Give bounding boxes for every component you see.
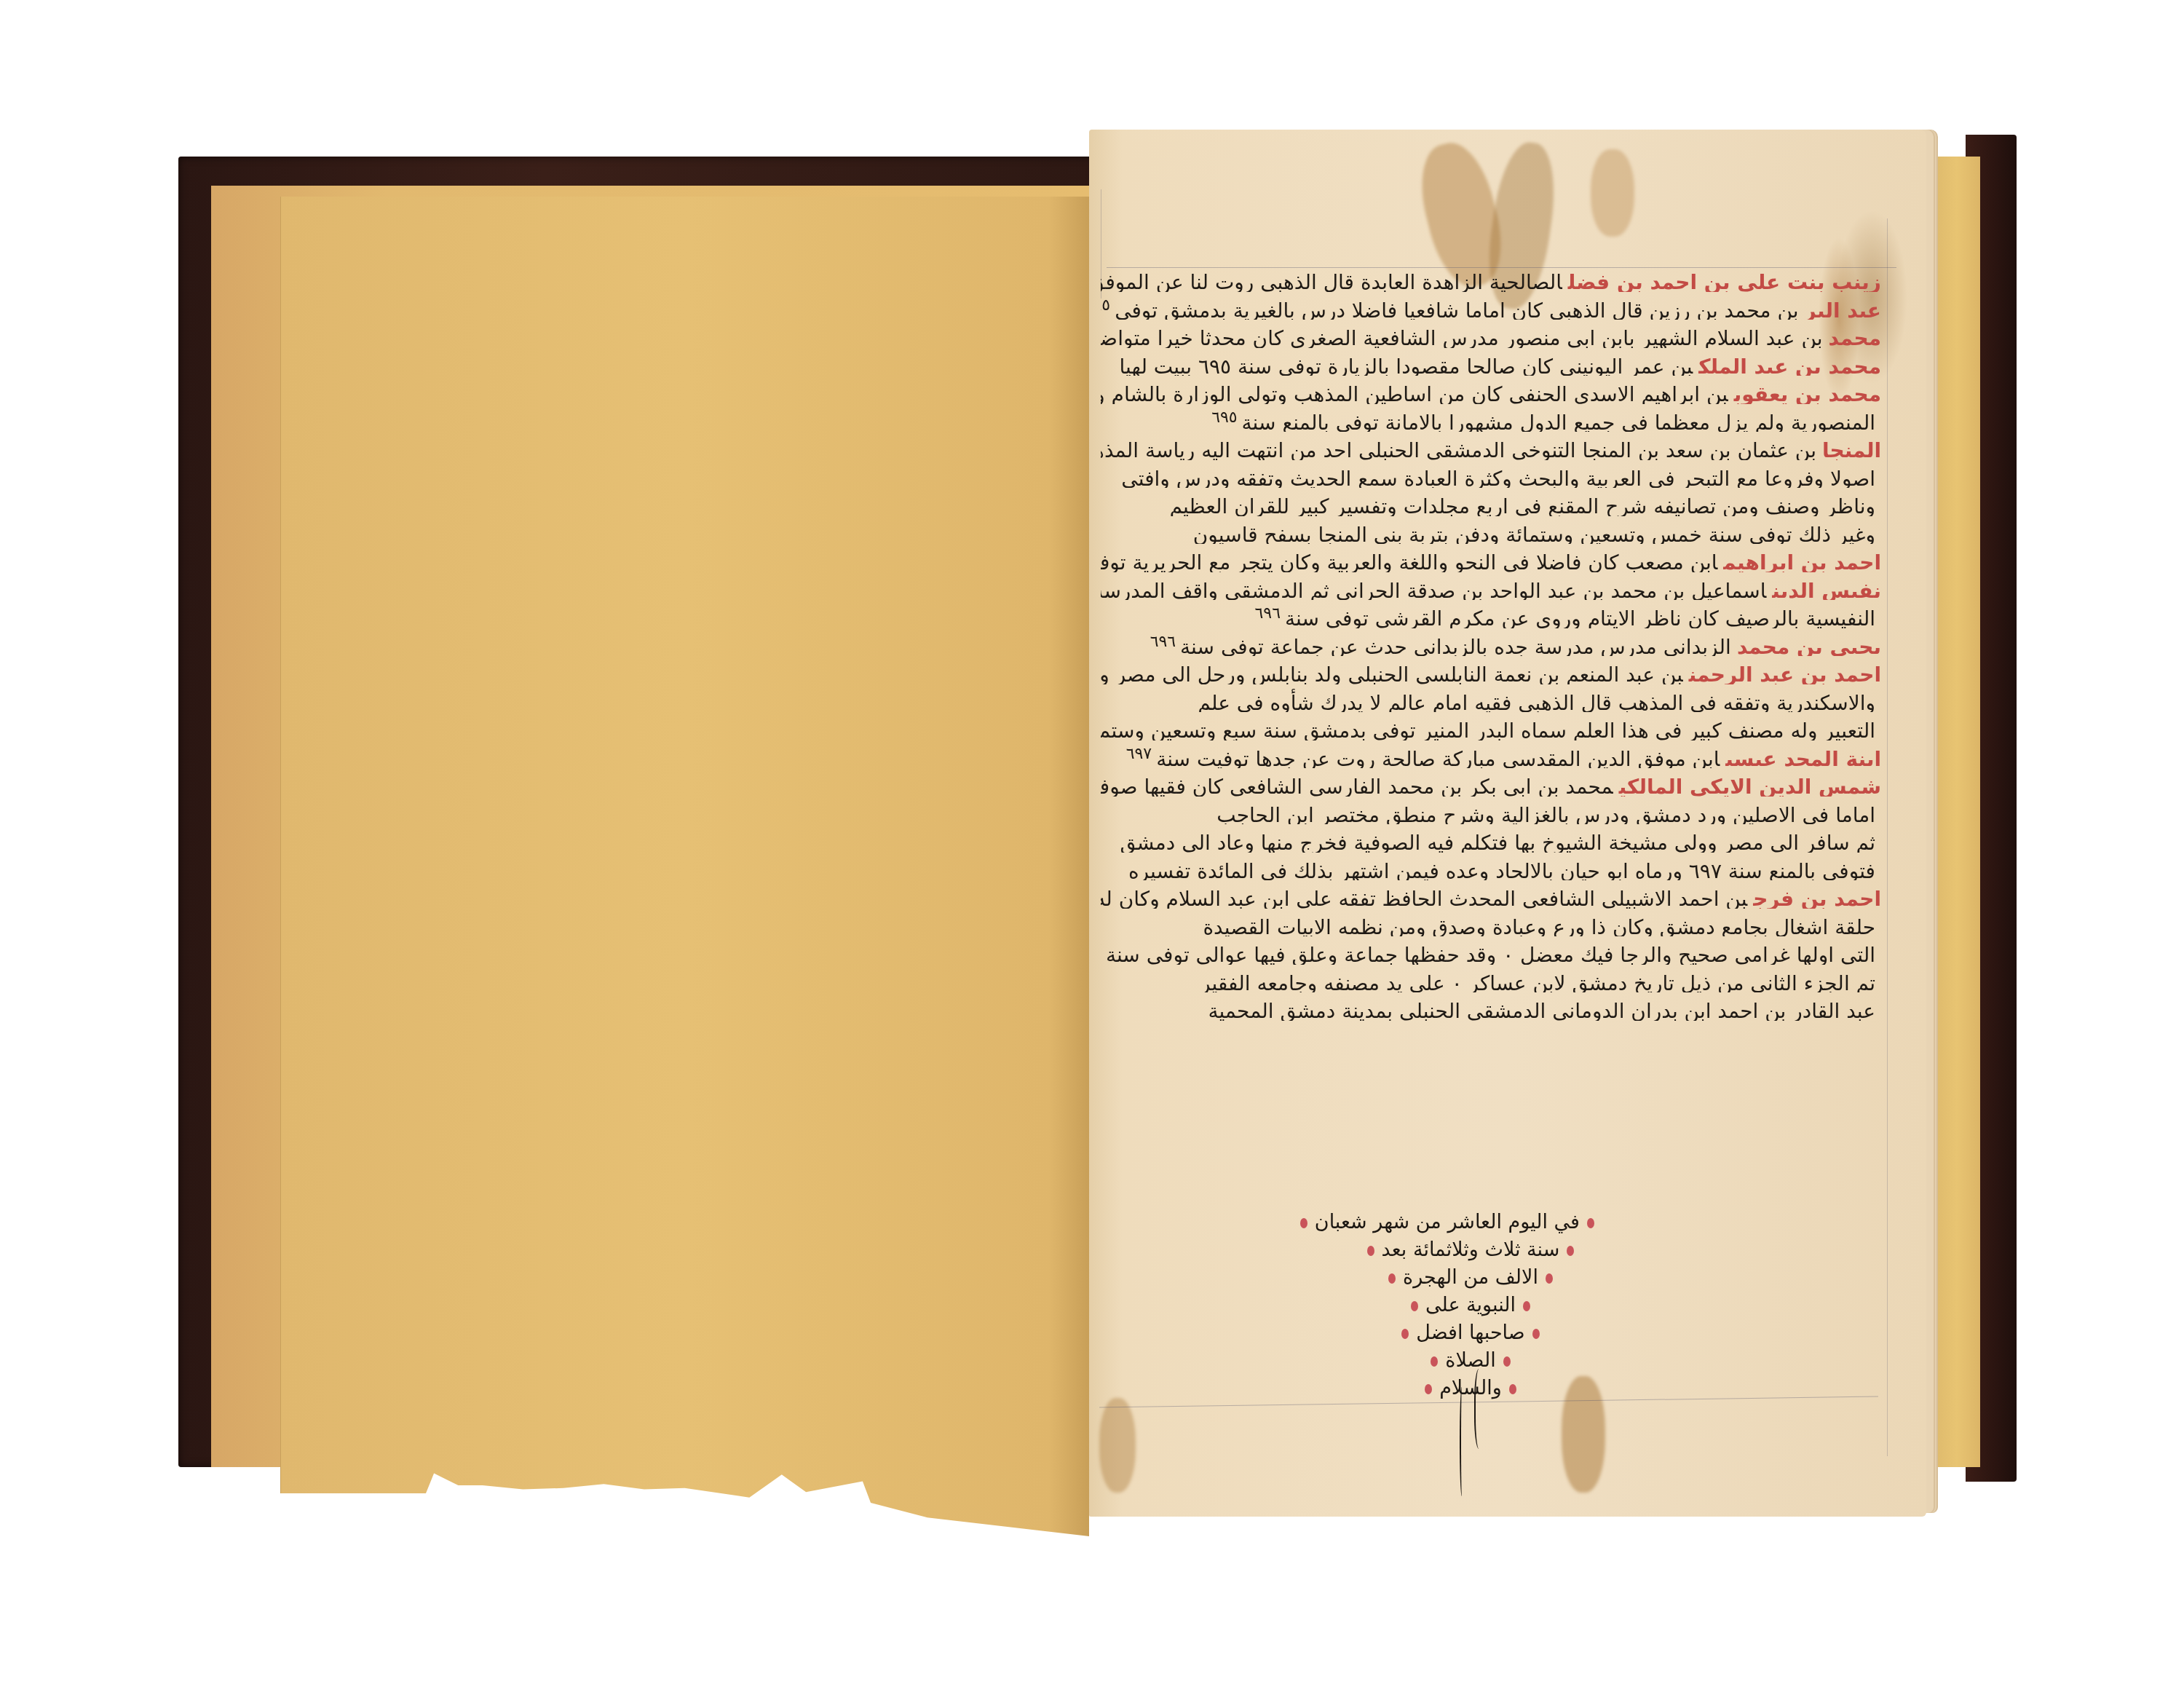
colophon-line: النبوية على	[1340, 1292, 1602, 1319]
colophon-line: في اليوم العاشر من شهر شعبان	[1340, 1209, 1602, 1236]
text-line: والاسكندرية وتفقه في المذهب قال الذهبي ف…	[1101, 684, 1881, 713]
text-line: اصولا وفروعا مع التبحر في العربية والبحث…	[1101, 460, 1881, 489]
text-line: زينب بنت علي بن احمد بن فضلالصالحية الزا…	[1101, 264, 1881, 292]
colophon-line: الصلاة	[1340, 1347, 1602, 1375]
text-line: فتوفي بالمنع سنة ٦٩٧ ورماه ابو حيان بالا…	[1101, 853, 1881, 881]
red-dot-ornament	[1388, 1273, 1396, 1284]
text-line: وغير ذلك توفي سنة خمس وتسعين وستمائة ودف…	[1101, 516, 1881, 545]
text-line: شمس الدين الايكي المالكيمحمد بن ابي بكر …	[1101, 768, 1881, 797]
text-line: احمد بن عبد الرحمنبن عبد المنعم بن نعمة …	[1101, 656, 1881, 684]
red-dot-ornament	[1431, 1356, 1438, 1367]
manuscript-text-block: زينب بنت علي بن احمد بن فضلالصالحية الزا…	[1101, 264, 1881, 1021]
colophon-flourish-stroke	[1474, 1369, 1486, 1449]
colophon-line: والسلام	[1340, 1375, 1602, 1402]
text-line: محمدبن عبد السلام الشهير بابن ابي منصور …	[1101, 320, 1881, 348]
red-dot-ornament	[1401, 1329, 1409, 1339]
colophon-flourish-stroke	[1460, 1387, 1464, 1496]
text-line: احمد بن فرجبن احمد الاشبيلي الشافعي المح…	[1101, 880, 1881, 909]
colophon-line: سنة ثلاث وثلاثمائة بعد	[1340, 1236, 1602, 1264]
text-line: ثم سافر الى مصر وولي مشيخة الشيوخ بها فت…	[1101, 824, 1881, 853]
colophon-line: الالف من الهجرة	[1340, 1264, 1602, 1292]
water-stain	[1099, 1398, 1136, 1493]
text-line: ابنة المجد عيسىابن موفق الدين المقدسي مب…	[1101, 740, 1881, 769]
red-dot-ornament	[1300, 1218, 1307, 1228]
text-line: اماما في الاصلين ورد دمشق ودرس بالغزالية…	[1101, 797, 1881, 825]
text-line: عبد القادر بن احمد ابن بدران الدوماني ال…	[1101, 992, 1881, 1021]
text-line: نفيس الديناسماعيل بن محمد بن عبد الواحد …	[1101, 572, 1881, 601]
red-dot-ornament	[1367, 1246, 1374, 1256]
text-line: حلقة اشغال بجامع دمشق وكان ذا ورع وعبادة…	[1101, 909, 1881, 937]
colophon-triangle: في اليوم العاشر من شهر شعبان سنة ثلاث وث…	[1340, 1209, 1602, 1402]
red-dot-ornament	[1523, 1301, 1530, 1311]
red-dot-ornament	[1587, 1218, 1594, 1228]
text-line: التعبير وله مصنف كبير في هذا العلم سماه …	[1101, 712, 1881, 740]
red-dot-ornament	[1425, 1384, 1432, 1394]
red-dot-ornament	[1509, 1384, 1516, 1394]
text-line: التي اولها غرامي صحيح والرجا فيك معضل ۰ …	[1101, 936, 1881, 965]
red-dot-ornament	[1503, 1356, 1511, 1367]
text-line: تم الجزء الثاني من ذيل تاريخ دمشق لابن ع…	[1101, 965, 1881, 993]
text-line: عبد البربن محمد بن رزين قال الذهبي كان ا…	[1101, 292, 1881, 320]
text-line: محمد بن يعقوببن ابراهيم الاسدي الحنفي كا…	[1101, 376, 1881, 404]
colophon-line: صاحبها افضل	[1340, 1319, 1602, 1347]
red-dot-ornament	[1411, 1301, 1418, 1311]
text-line: المنصورية ولم يزل معظما في جميع الدول مش…	[1101, 404, 1881, 432]
text-line: وناظر وصنف ومن تصانيفه شرح المقنع في ارب…	[1101, 488, 1881, 516]
red-dot-ornament	[1567, 1246, 1574, 1256]
red-dot-ornament	[1546, 1273, 1553, 1284]
ruling-line-margin	[1887, 218, 1888, 1456]
text-line: يحيى بن محمدالزبداني مدرس مدرسة جده بالز…	[1101, 628, 1881, 657]
blank-flyleaf-left-page	[280, 197, 1089, 1536]
text-line: المنجابن عثمان بن سعد بن المنجا التنوخي …	[1101, 432, 1881, 460]
text-line: محمد بن عبد الملكبن عمر اليونيني كان صال…	[1101, 348, 1881, 376]
text-line: النفيسية بالرصيف كان ناظر الايتام وروى ع…	[1101, 600, 1881, 628]
water-stain	[1591, 149, 1634, 237]
text-line: احمد بن ابراهيمابن مصعب كان فاضلا في الن…	[1101, 544, 1881, 572]
red-dot-ornament	[1532, 1329, 1540, 1339]
